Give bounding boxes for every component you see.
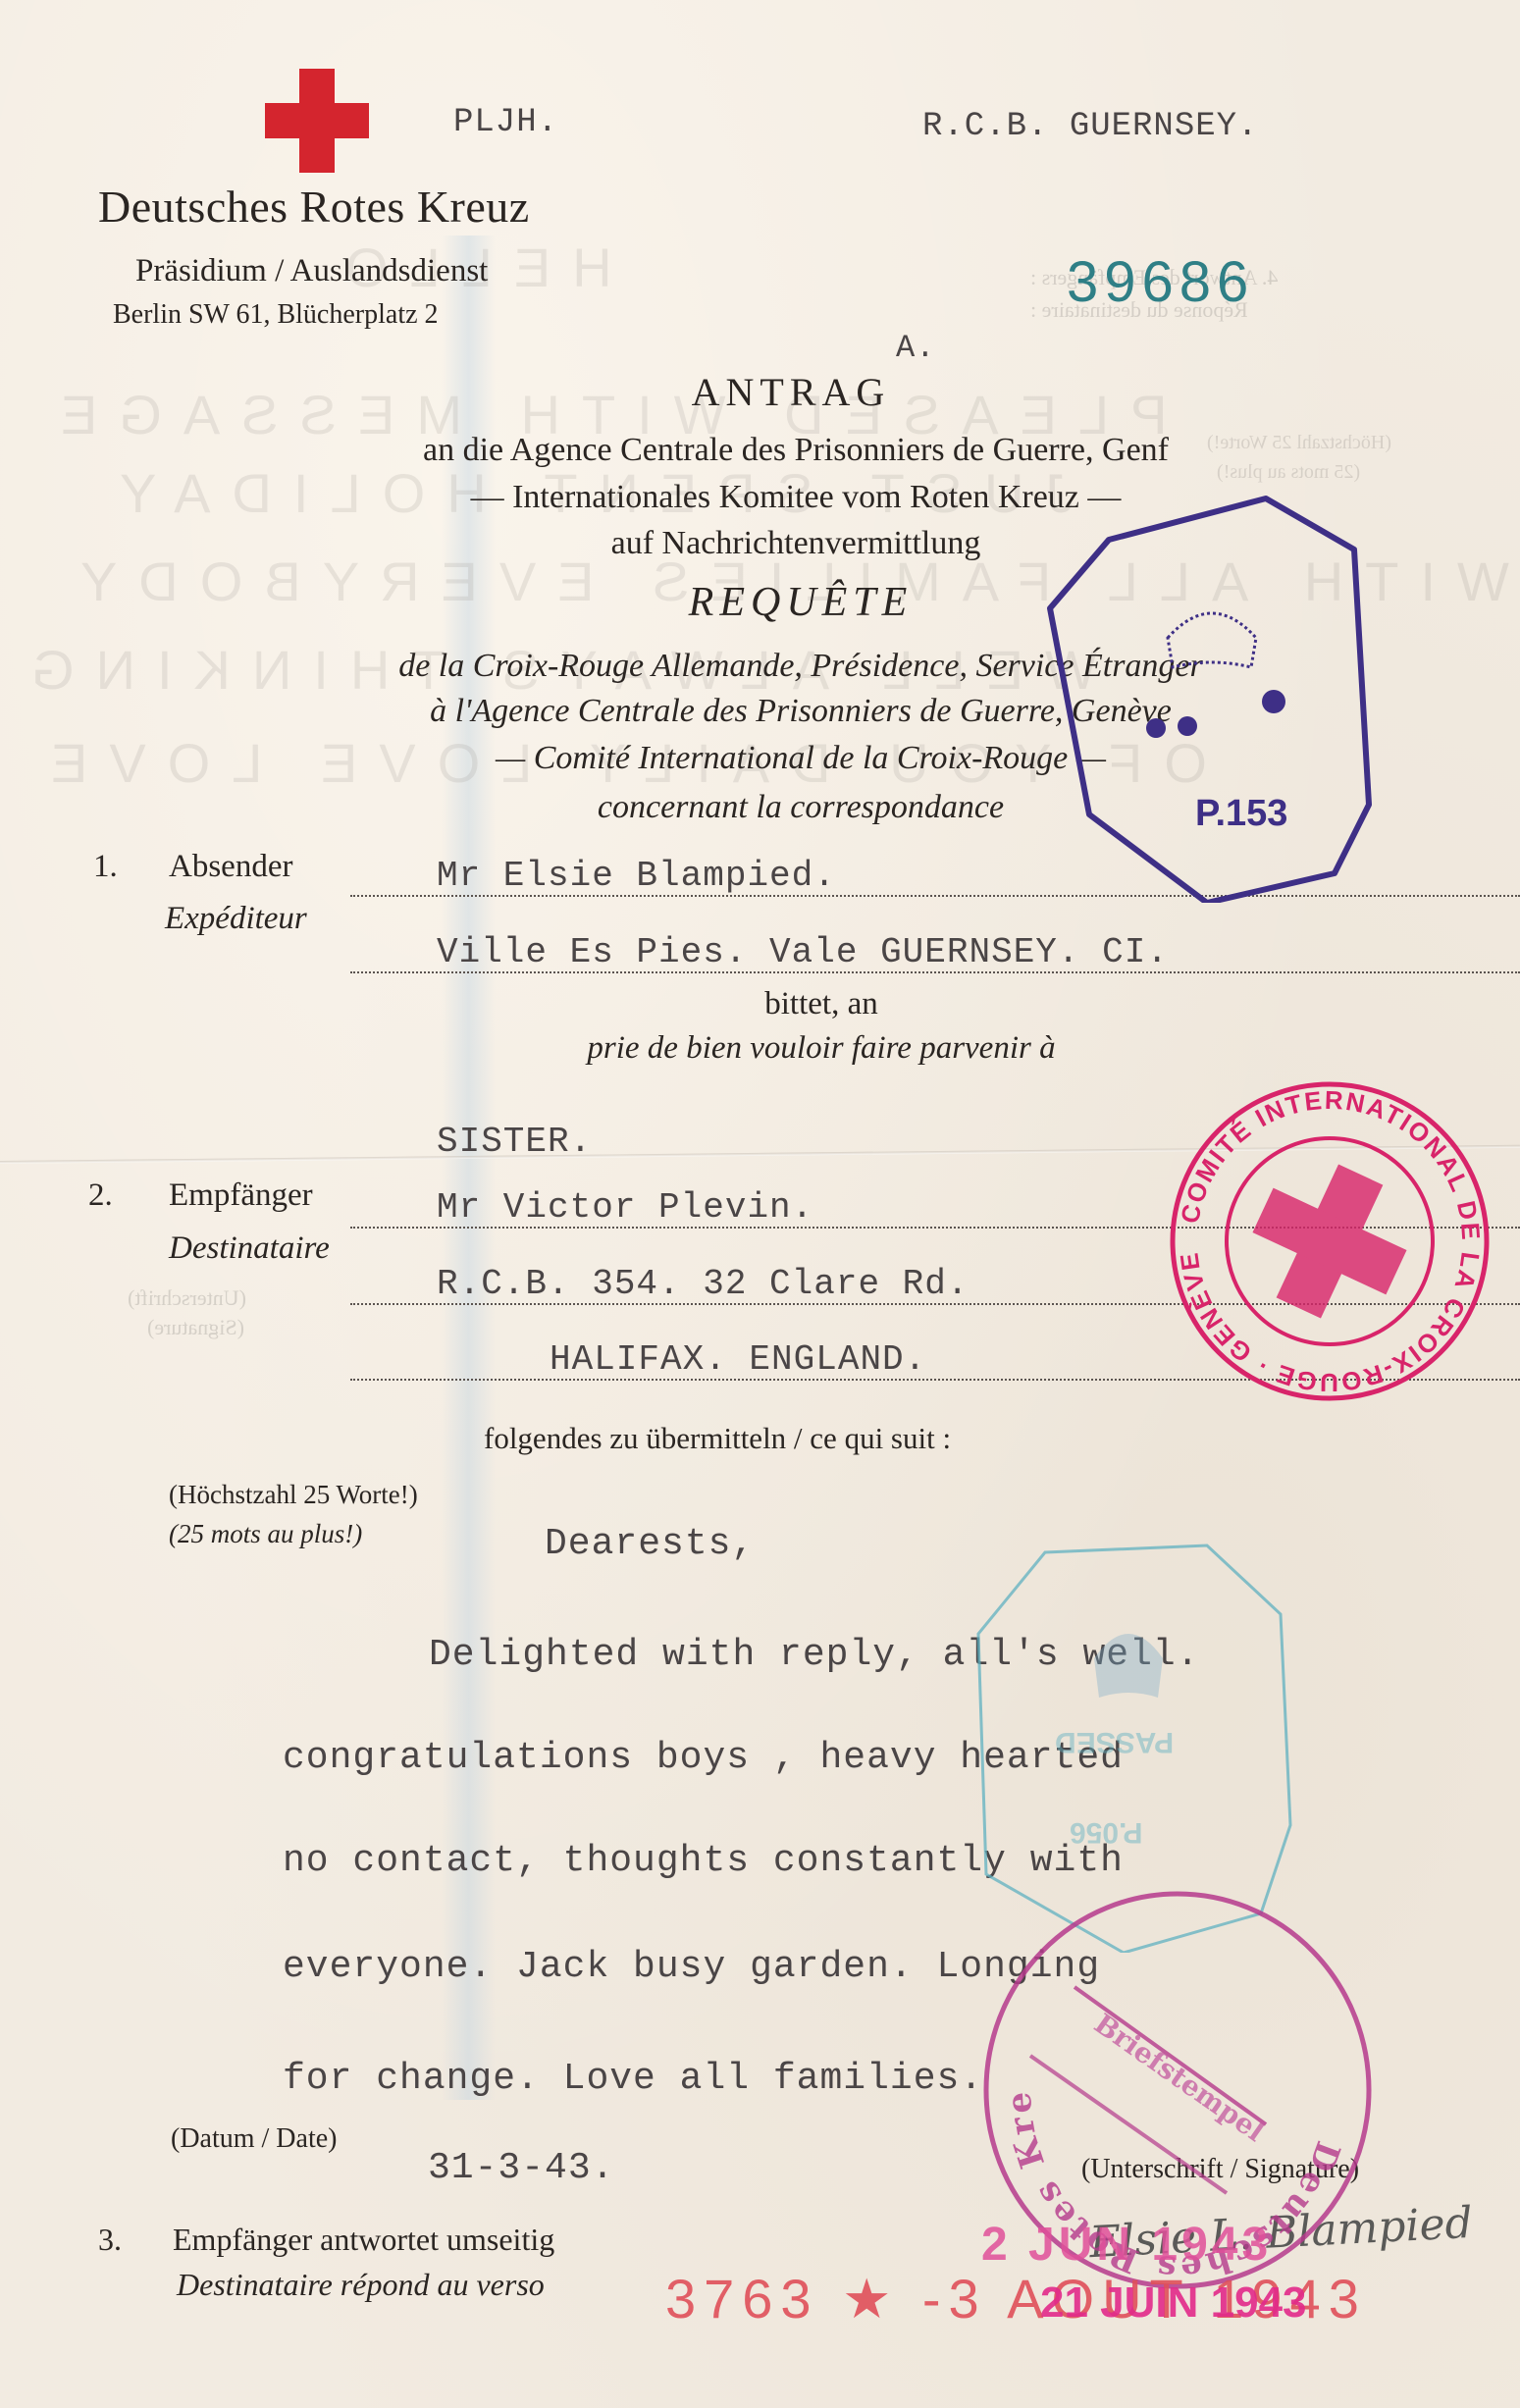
censor-stamp-blue-label: PASSED bbox=[1055, 1725, 1174, 1758]
typed-series-letter: A. bbox=[896, 330, 935, 366]
section-number-3: 3. bbox=[98, 2222, 122, 2258]
request-phrase-de: bittet, an bbox=[0, 986, 1520, 1022]
sender-label-de: Absender bbox=[169, 849, 292, 885]
section-number-2: 2. bbox=[88, 1178, 113, 1214]
reply-note-fr: Destinataire répond au verso bbox=[177, 2267, 545, 2303]
organization-name: Deutsches Rotes Kreuz bbox=[98, 181, 530, 233]
sender-address-line bbox=[350, 971, 1520, 973]
section-number-1: 1. bbox=[93, 849, 118, 885]
organization-address: Berlin SW 61, Blücherplatz 2 bbox=[113, 299, 439, 331]
message-line[interactable]: for change. Love all families. bbox=[283, 2058, 983, 2100]
department-name: Präsidium / Auslandsdienst bbox=[135, 253, 488, 289]
date-field[interactable]: 31-3-43. bbox=[428, 2147, 614, 2189]
antrag-heading: ANTRAG bbox=[0, 369, 1520, 415]
reply-note-de: Empfänger antwortet umseitig bbox=[173, 2222, 554, 2258]
title-de-line1: an die Agence Centrale des Prisonniers d… bbox=[0, 432, 1520, 469]
svg-text:Briefstempel: Briefstempel bbox=[1088, 2008, 1270, 2149]
bleed-through-label: (Unterschrift) bbox=[128, 1285, 246, 1311]
typed-code: PLJH. bbox=[453, 104, 558, 141]
date-stamp-juin: 21 JUIN 1943 bbox=[1040, 2278, 1307, 2328]
sender-label-fr: Expéditeur bbox=[165, 901, 307, 937]
sender-address-field[interactable]: Ville Es Pies. Vale GUERNSEY. CI. bbox=[437, 932, 1169, 972]
recipient-relation-field[interactable]: SISTER. bbox=[437, 1122, 592, 1162]
recipient-label-de: Empfänger bbox=[169, 1178, 313, 1214]
date-stamp-jun: 2 JUN 1943 bbox=[981, 2218, 1272, 2272]
recipient-name-field[interactable]: Mr Victor Plevin. bbox=[437, 1187, 813, 1228]
censor-stamp-blue-code: P.056 bbox=[1070, 1815, 1143, 1849]
censor-stamp-purple-code: P.153 bbox=[1195, 793, 1287, 835]
message-salutation[interactable]: Dearests, bbox=[545, 1523, 755, 1565]
date-label: (Datum / Date) bbox=[171, 2123, 338, 2155]
word-limit-fr: (25 mots au plus!) bbox=[169, 1519, 362, 1549]
recipient-address-line1-field[interactable]: R.C.B. 354. 32 Clare Rd. bbox=[437, 1264, 969, 1304]
sender-name-field[interactable]: Mr Elsie Blampied. bbox=[437, 856, 836, 896]
word-limit-de: (Höchstzahl 25 Worte!) bbox=[169, 1480, 418, 1510]
recipient-address-line2-field[interactable]: HALIFAX. ENGLAND. bbox=[550, 1339, 926, 1380]
recipient-label-fr: Destinataire bbox=[169, 1230, 330, 1267]
form-number: 39686 bbox=[1067, 249, 1254, 315]
message-intro: folgendes zu übermitteln / ce qui suit : bbox=[484, 1421, 951, 1456]
request-phrase-fr: prie de bien vouloir faire parvenir à bbox=[0, 1030, 1520, 1067]
bleed-through-label: (Signature) bbox=[147, 1315, 244, 1340]
typed-office: R.C.B. GUERNSEY. bbox=[922, 108, 1258, 145]
red-cross-icon bbox=[265, 69, 369, 173]
